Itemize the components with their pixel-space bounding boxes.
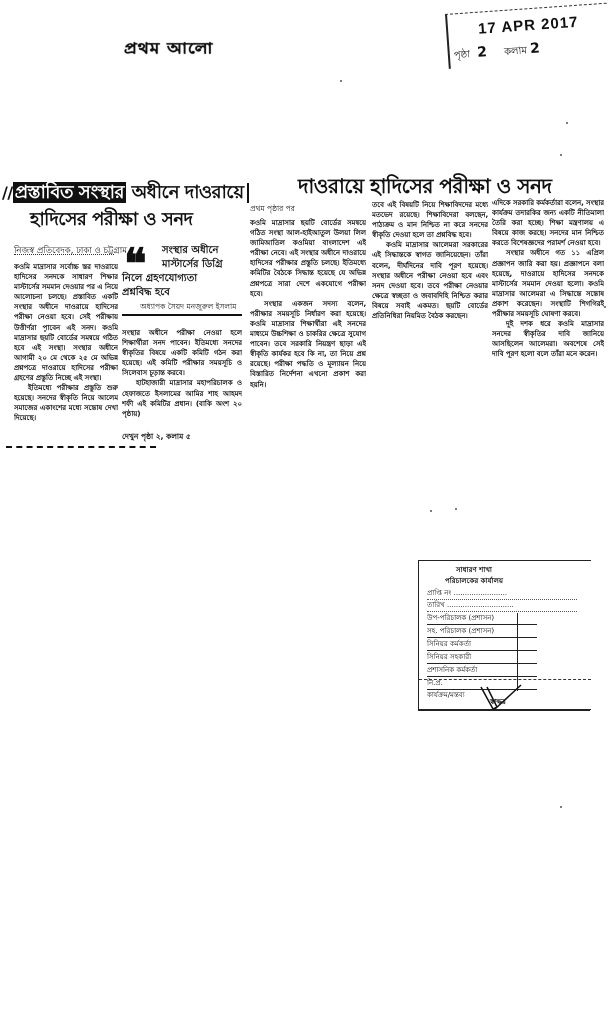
paragraph: কওমি মাদ্রাসার সর্বোচ্চ স্তর দাওরায়ে হা… (14, 262, 118, 383)
right-article-column-3: এদিকে সরকারি কর্মকর্তারা বলেন, সংস্থার ক… (492, 198, 604, 486)
form-row-deputy-director: উপ-পরিচালক (প্রশাসন) (427, 612, 537, 625)
jump-line: প্রথম পৃষ্ঠার পর (250, 204, 295, 216)
form-row-assistant-director: সহ. পরিচালক (প্রশাসন) (427, 625, 537, 638)
right-article-column-1: কওমি মাদ্রাসার ছয়টি বোর্ডের সমন্বয়ে গঠ… (250, 218, 366, 518)
pull-quote-line: নিলে গ্রহণযোগ্যতা (122, 272, 242, 286)
left-headline-rest: অধীনে দাওরায়ে (126, 182, 244, 203)
paragraph: ইতিমধ্যে পরীক্ষার প্রস্তুতি শুরু হয়েছে।… (14, 383, 118, 422)
paragraph: কওমি মাদ্রাসার আলেমরা সরকারের এই সিদ্ধান… (372, 240, 488, 321)
form-title-2: পরিচালকের কার্যালয় (419, 575, 529, 587)
scan-speck (340, 80, 342, 82)
pull-quote-attribution: অধ্যাপক সৈয়দ মনজুরুল ইসলাম (140, 302, 236, 314)
signature-tick-icon (479, 683, 539, 713)
stamp-column-number: 2 (530, 40, 541, 57)
received-date-stamp: 17 APR 2017 পৃষ্ঠা 2 কলাম 2 (445, 2, 608, 69)
paragraph: কওমি মাদ্রাসার ছয়টি বোর্ডের সমন্বয়ে গঠ… (250, 218, 366, 299)
scan-speck (566, 122, 568, 124)
pull-quote-bottom: নিলে গ্রহণযোগ্যতা প্রশ্নবিদ্ধ হবে (122, 272, 242, 300)
pull-quote-top: সংস্থার অধীনে মাস্টার্সের ডিগ্রি (162, 244, 252, 272)
paragraph: তবে এই বিষয়টি নিয়ে শিক্ষাবিদদের মধ্যে … (372, 200, 488, 240)
office-routing-form: সাধারণ শাখা পরিচালকের কার্যালয় প্রাপ্তি… (418, 560, 591, 710)
form-row-date: তারিখ .............................. (427, 599, 577, 612)
scan-speck (560, 806, 562, 808)
paragraph: সংস্থার অধীনে পরীক্ষা নেওয়া হলে শিক্ষার… (122, 328, 242, 378)
paragraph: সংস্থার অধীনে গত ১১ এপ্রিল প্রজ্ঞাপন জার… (492, 248, 604, 319)
form-row-senior-assistant: সিনিয়র সহকারী (427, 651, 537, 664)
newspaper-masthead: প্রথম আলো (124, 37, 213, 62)
left-article-column-1: কওমি মাদ্রাসার সর্বোচ্চ স্তর দাওরায়ে হা… (14, 262, 118, 422)
pull-quote-line: সংস্থার অধীনে (162, 244, 252, 258)
scan-speck (455, 508, 457, 510)
stamp-page-label: পৃষ্ঠা (454, 49, 471, 61)
right-article-column-2: তবে এই বিষয়টি নিয়ে শিক্ষাবিদদের মধ্যে … (372, 200, 488, 518)
headline-bar (247, 183, 249, 203)
pull-quote-line: মাস্টার্সের ডিগ্রি (162, 258, 252, 272)
left-dateline: নিজস্ব প্রতিবেদক, ঢাকা ও চট্টগ্রাম (14, 244, 127, 258)
stamp-page-number: 2 (477, 44, 488, 61)
stamp-page-column: পৃষ্ঠা 2 কলাম 2 (453, 40, 540, 65)
pull-quote-line: প্রশ্নবিদ্ধ হবে (122, 286, 242, 300)
stamp-column-label: কলাম (504, 45, 528, 58)
scan-speck (430, 510, 432, 512)
paragraph: সংস্থার একজন সদস্য বলেন, পরীক্ষার সময়সূ… (250, 299, 366, 390)
left-headline-dark: প্রস্তাবিত সংস্থার (13, 182, 126, 203)
scan-speck (44, 330, 46, 332)
paragraph: হাটহাজারী মাদ্রাসার মহাপরিচালক ও হেফাজতে… (122, 378, 242, 418)
paragraph: এদিকে সরকারি কর্মকর্তারা বলেন, সংস্থার ক… (492, 198, 604, 248)
left-headline-line2: হাদিসের পরীক্ষা ও সনদ (30, 205, 193, 236)
clipping-cut-line (6, 446, 156, 448)
form-signature-label: স্বাক্ষর (490, 696, 506, 708)
form-dashed-line (419, 679, 591, 680)
form-bottom-border (418, 710, 590, 711)
quote-rule (122, 314, 242, 316)
form-row-senior-officer: সিনিয়র কর্মকর্তা (427, 638, 537, 651)
form-row-admin-officer: প্রশাসনিক কর্মকর্তা (427, 664, 537, 677)
scan-speck (560, 154, 562, 156)
stamp-date: 17 APR 2017 (478, 14, 579, 38)
paragraph: দুই দশক ধরে কওমি মাদ্রাসার সনদের স্বীকৃত… (492, 319, 604, 359)
left-article-column-2: সংস্থার অধীনে পরীক্ষা নেওয়া হলে শিক্ষার… (122, 328, 242, 424)
scan-speck (604, 306, 606, 308)
dateline-dots (14, 254, 114, 255)
continued-reference: দেখুন পৃষ্ঠা ২, কলাম ৫ (122, 432, 191, 444)
